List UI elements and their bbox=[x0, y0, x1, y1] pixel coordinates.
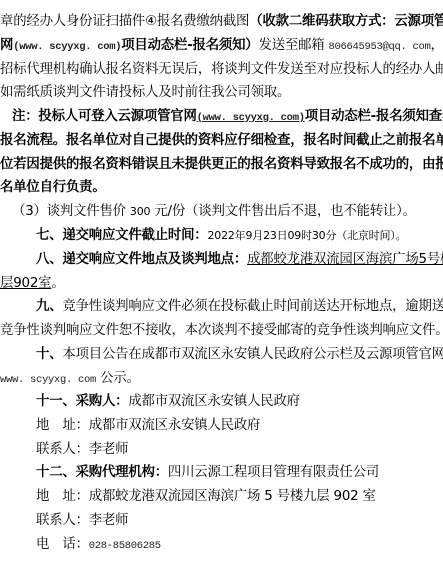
registration-line-4: 如需纸质谈判文件请投标人及时前往我公司领取。 bbox=[0, 85, 290, 101]
email-address[interactable]: 806645953@qq. com bbox=[329, 41, 431, 53]
purchaser-address: 地 址：成都市双流区永安镇人民政府 bbox=[36, 418, 260, 434]
section-7: 七、递交响应文件截止时间：2022年9月23日09时30分（北京时间）。 bbox=[36, 228, 406, 244]
registration-line-3: 招标代理机构确认报名资料无误后，将谈判文件发送至对应投标人的经办人邮箱。 bbox=[0, 62, 443, 78]
note-line-2: 报名流程。报名单位对自己提供的资料应仔细检查，报名时间截止之前报名单 bbox=[0, 133, 443, 149]
note-website-link[interactable]: (www. scyyxg. com) bbox=[197, 112, 305, 124]
section-9: 九、竞争性谈判响应文件必须在投标截止时间前送达开标地点，逾期送达的 bbox=[36, 299, 443, 315]
section-10-heading: 十、 bbox=[36, 347, 62, 362]
public-website-url[interactable]: www. scyyxg. com bbox=[0, 374, 96, 386]
section-7-heading: 七、递交响应文件截止时间： bbox=[36, 228, 207, 243]
section-11: 十一、采购人：成都市双流区永安镇人民政府 bbox=[36, 394, 300, 410]
note-line-4: 名单位自行负责。 bbox=[0, 180, 106, 196]
purchaser-name: 成都市双流区永安镇人民政府 bbox=[128, 394, 299, 409]
section-8-line-2: 层902室。 bbox=[0, 276, 65, 292]
section-12: 十二、采购代理机构：四川云源工程项目管理有限责任公司 bbox=[36, 465, 379, 481]
registration-line-1: 章的经办人身份证扫描件④报名费缴纳截图（收款二维码获取方式：云源项管官 bbox=[0, 14, 443, 30]
section-10: 十、本项目公告在成都市双流区永安镇人民政府公示栏及云源项管官网 bbox=[36, 347, 443, 363]
qr-code-instructions: （收款二维码获取方式：云源项管官 bbox=[249, 14, 443, 29]
section-10-line-2: www. scyyxg. com 公示。 bbox=[0, 371, 140, 388]
section-11-heading: 十一、采购人： bbox=[36, 394, 128, 409]
section-9-line-2: 竞争性谈判响应文件恕不接收，本次谈判不接受邮寄的竞争性谈判响应文件。 bbox=[0, 323, 443, 339]
venue-address: 成都蛟龙港双流园区海滨广场5号楼九 bbox=[247, 252, 443, 267]
section-8: 八、递交响应文件地点及谈判地点：成都蛟龙港双流园区海滨广场5号楼九 bbox=[36, 252, 443, 268]
section-12-heading: 十二、采购代理机构： bbox=[36, 465, 168, 480]
website-url[interactable]: (www. scyyxg. com) bbox=[13, 41, 121, 53]
deadline-value: 2022年9月23日09时30分（北京时间）。 bbox=[207, 229, 406, 242]
purchaser-contact: 联系人：李老师 bbox=[36, 442, 128, 458]
note-line-1: 注：投标人可登入云源项管官网(www. scyyxg. com)项目动态栏-报名… bbox=[12, 109, 443, 126]
price-line: （3）谈判文件售价 300 元/份（谈判文件售出后不退，也不能转让）。 bbox=[12, 204, 416, 220]
note-line-3: 位若因提供的报名资料错误且未提供更正的报名资料导致报名不成功的，由报 bbox=[0, 157, 443, 173]
agency-phone: 电 话：028-85806285 bbox=[36, 537, 161, 554]
phone-number: 028-85806285 bbox=[89, 540, 161, 552]
agency-address: 地 址：成都蛟龙港双流园区海滨广场 5 号楼九层 902 室 bbox=[36, 489, 376, 505]
agency-contact: 联系人：李老师 bbox=[36, 513, 128, 529]
registration-line-2: 网(www. scyyxg. com)项目动态栏-报名须知）发送至邮箱 8066… bbox=[0, 38, 443, 55]
section-9-heading: 九、 bbox=[36, 299, 62, 314]
section-8-heading: 八、递交响应文件地点及谈判地点： bbox=[36, 252, 247, 267]
agency-name: 四川云源工程项目管理有限责任公司 bbox=[168, 465, 379, 480]
